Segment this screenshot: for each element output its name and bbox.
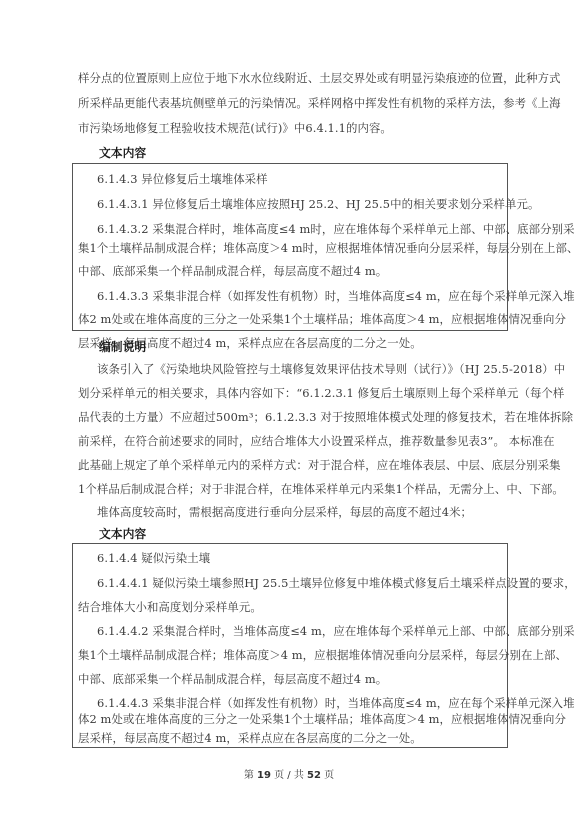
box-line: 体2 m处或在堆体高度的三分之一处采集1个土壤样品；堆体高度＞4 m，应根据堆体… <box>78 312 566 326</box>
box-line: 6.1.4.4.1 疑似污染土壤参照HJ 25.5土壤异位修复中堆体模式修复后土… <box>97 576 576 590</box>
footer-middle: 页 / 共 <box>274 770 304 781</box>
section-heading: 文本内容 <box>99 527 146 541</box>
box-line: 层采样，每层高度不超过4 m，采样点应在各层高度的二分之一处。 <box>78 731 422 745</box>
section-heading: 文本内容 <box>99 146 146 160</box>
footer-suffix: 页 <box>324 770 334 781</box>
explanation-line: 该条引入了《污染地块风险管控与土壤修复效果评估技术导则（试行）》（HJ 25.5… <box>97 362 565 376</box>
intro-line: 所采样品更能代表基坑侧壁单元的污染情况。采样网格中挥发性有机物的采样方法，参考《… <box>78 96 561 110</box>
intro-line: 样分点的位置原则上应位于地下水水位线附近、土层交界处或有明显污染痕迹的位置，此种… <box>78 71 561 85</box>
box-line: 集1个土壤样品制成混合样；堆体高度＞4 m时，应根据堆体情况垂向分层采样，每层分… <box>78 241 578 255</box>
box-line: 6.1.4.3.3 采集非混合样（如挥发性有机物）时，当堆体高度≤4 m，应在每… <box>97 289 575 303</box>
box-line: 中部、底部采集一个样品制成混合样，每层高度不超过4 m。 <box>78 264 387 278</box>
explanation-heading: 编制说明 <box>99 340 146 354</box>
explanation-line: 此基础上规定了单个采样单元内的采样方式：对于混合样，应在堆体表层、中层、底层分别… <box>78 458 561 472</box>
box-line: 6.1.4.4.3 采集非混合样（如挥发性有机物）时，当堆体高度≤4 m，应在每… <box>97 696 575 710</box>
explanation-line: 前采样，在符合前述要求的同时，应结合堆体大小设置采样点，推荐数量参见表3”。 本… <box>78 434 555 448</box>
page-number-footer: 第 19 页 / 共 52 页 <box>0 766 578 781</box>
box-line: 结合堆体大小和高度划分采样单元。 <box>78 600 262 614</box>
intro-line: 市污染场地修复工程验收技术规范(试行)》中6.4.1.1的内容。 <box>78 121 392 135</box>
explanation-line: 1个样品后制成混合样；对于非混合样，在堆体采样单元内采集1个样品，无需分上、中、… <box>78 482 564 496</box>
box-line: 6.1.4.3.1 异位修复后土壤堆体应按照HJ 25.2、HJ 25.5中的相… <box>97 197 539 211</box>
box-line: 集1个土壤样品制成混合样；堆体高度＞4 m，应根据堆体情况垂向分层采样，每层分别… <box>78 648 567 662</box>
explanation-line: 品代表的土方量）不应超过500m³；6.1.2.3.3 对于按照堆体模式处理的修… <box>78 410 573 424</box>
box-line: 6.1.4.4 疑似污染土壤 <box>97 551 210 565</box>
total-page-count: 52 <box>307 770 321 781</box>
box-line: 6.1.4.3 异位修复后土壤堆体采样 <box>97 172 268 186</box>
box-line: 中部、底部采集一个样品制成混合样，每层高度不超过4 m。 <box>78 672 387 686</box>
explanation-line: 堆体高度较高时，需根据高度进行垂向分层采样，每层的高度不超过4米； <box>97 505 472 519</box>
box-line: 6.1.4.4.2 采集混合样时，当堆体高度≤4 m，应在堆体每个采样单元上部、… <box>97 624 575 638</box>
footer-prefix: 第 <box>244 770 254 781</box>
explanation-line: 划分采样单元的相关要求，具体内容如下：“6.1.2.3.1 修复后土壤原则上每个… <box>78 386 564 400</box>
document-page: 样分点的位置原则上应位于地下水水位线附近、土层交界处或有明显污染痕迹的位置，此种… <box>0 0 578 818</box>
box-line: 体2 m处或在堆体高度的三分之一处采集1个土壤样品；堆体高度＞4 m，应根据堆体… <box>78 712 566 726</box>
box-line: 6.1.4.3.2 采集混合样时，堆体高度≤4 m时，应在堆体每个采样单元上部、… <box>97 222 575 236</box>
current-page-number: 19 <box>257 770 271 781</box>
